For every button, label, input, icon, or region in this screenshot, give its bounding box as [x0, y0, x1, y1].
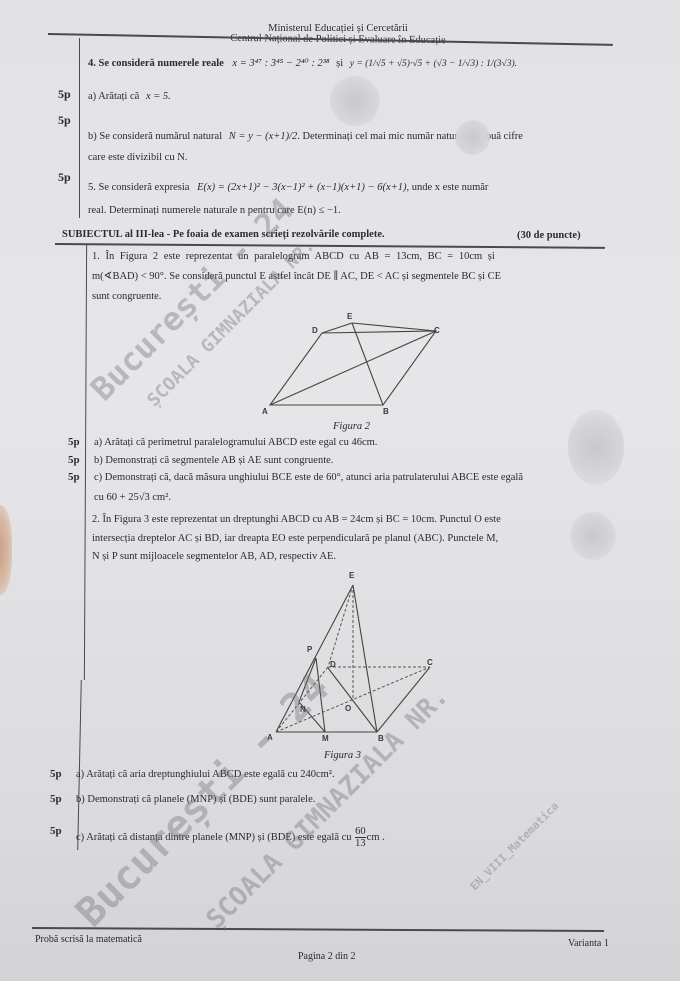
p2c-unit: cm .	[367, 832, 385, 843]
privacy-blur	[568, 410, 624, 485]
svg-text:O: O	[345, 704, 351, 713]
svg-text:M: M	[322, 734, 329, 743]
svg-text:P: P	[307, 645, 313, 654]
p2b-points: 5p	[50, 793, 62, 805]
fraction-numerator: 60	[355, 826, 366, 838]
privacy-blur	[455, 120, 490, 155]
svg-text:N: N	[300, 705, 306, 714]
figure-3-caption: Figura 3	[324, 750, 361, 761]
privacy-blur	[570, 512, 616, 560]
p2a-text: a) Arătați că aria dreptunghiului ABCD e…	[76, 769, 335, 781]
svg-text:B: B	[378, 734, 384, 743]
p2c-text-before: c) Arătați că distanța dintre planele (M…	[76, 832, 352, 843]
fraction-denominator: 13	[355, 838, 366, 849]
p2b-text: b) Demonstrați că planele (MNP) și (BDE)…	[76, 794, 315, 806]
footer-left: Probă scrisă la matematică	[35, 934, 142, 945]
p2a-points: 5p	[50, 768, 62, 780]
svg-text:A: A	[267, 733, 273, 742]
exam-page: Ministerul Educației și Cercetării Centr…	[0, 0, 680, 981]
svg-text:D: D	[330, 660, 336, 669]
svg-text:C: C	[427, 658, 433, 667]
footer-page: Pagina 2 din 2	[298, 951, 356, 962]
svg-text:E: E	[349, 571, 355, 580]
privacy-blur	[330, 76, 380, 126]
p2c-points: 5p	[50, 825, 62, 837]
p2c-fraction: 60 13	[355, 826, 366, 849]
footer-right: Varianta 1	[568, 938, 609, 949]
p2c-text: c) Arătați că distanța dintre planele (M…	[76, 826, 385, 849]
